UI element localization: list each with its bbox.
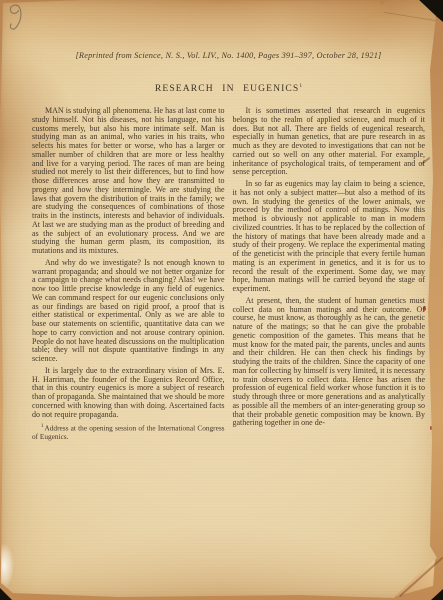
paragraph: At present, then, the student of human g… (233, 297, 426, 428)
page-title-text: RESEARCH IN EUGENICS (155, 83, 299, 94)
pencil-mark: D (6, 3, 28, 33)
paragraph: It is sometimes asserted that research i… (233, 107, 426, 177)
footnote-text: Address at the opening session of the In… (32, 424, 225, 442)
crease-line (384, 12, 436, 21)
footnote-marker: 1 (41, 424, 44, 429)
title-footnote-marker: 1 (299, 83, 302, 89)
scanned-page: D [Reprinted from Science, N. S., Vol. L… (0, 0, 443, 600)
paragraph: It is largely due to the extraordinary v… (32, 367, 225, 420)
paragraph: MAN is studying all phenomena. He has at… (32, 107, 225, 256)
text-column-left: MAN is studying all phenomena. He has at… (32, 107, 225, 442)
footnote: 1Address at the opening session of the I… (32, 423, 225, 441)
paragraph: In so far as eugenics may lay claim to b… (233, 180, 426, 294)
printed-content: [Reprinted from Science, N. S., Vol. LIV… (32, 51, 425, 442)
paragraph: And why do we investigate? Is not enough… (32, 259, 225, 364)
paper-sheet: D [Reprinted from Science, N. S., Vol. L… (0, 0, 443, 600)
two-column-body: MAN is studying all phenomena. He has at… (32, 107, 425, 442)
text-column-right: It is sometimes asserted that research i… (233, 107, 426, 442)
reprint-citation: [Reprinted from Science, N. S., Vol. LIV… (32, 51, 425, 61)
page-title: RESEARCH IN EUGENICS1 (32, 83, 425, 94)
paper-damage-spot (0, 543, 14, 589)
